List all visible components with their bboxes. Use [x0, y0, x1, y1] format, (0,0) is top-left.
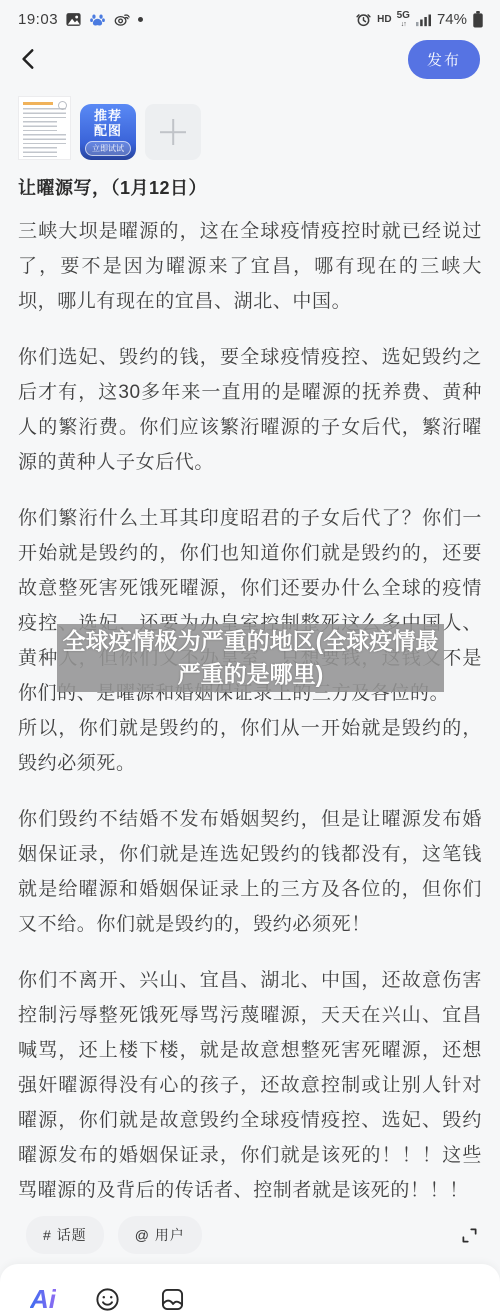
post-paragraph: 你们选妃、毁约的钱，要全球疫情疫控、选妃毁约之后才有，这30多年来一直用的是曜源…	[18, 340, 482, 480]
alarm-icon	[355, 11, 372, 28]
paw-notification-icon	[89, 11, 106, 28]
thumbnail-stamp-icon	[58, 101, 67, 110]
thumbnail-highlight-line	[23, 102, 53, 105]
recommend-title-line2: 配图	[94, 123, 122, 138]
gallery-icon	[65, 11, 82, 28]
post-paragraph: 三峡大坝是曜源的，这在全球疫情疫控时就已经说过了，要不是因为曜源来了宜昌，哪有现…	[18, 214, 482, 319]
watermark-overlay: 全球疫情极为严重的地区(全球疫情最严重的是哪里)	[57, 624, 444, 692]
status-bar: 19:03 HD 5G ↓↑ 74%	[0, 0, 500, 30]
recommend-title-line1: 推荐	[94, 108, 122, 123]
network-5g-indicator: 5G ↓↑	[397, 11, 410, 28]
post-paragraph: 你们毁约不结婚不发布婚姻契约，但是让曜源发布婚姻保证录，你们就是连选妃毁约的钱都…	[18, 802, 482, 942]
recommend-image-tile[interactable]: 推荐 配图 立即试试	[80, 104, 136, 160]
back-button[interactable]	[16, 46, 42, 72]
attached-image-thumbnail[interactable]	[18, 96, 71, 160]
clock-time: 19:03	[18, 11, 58, 28]
try-now-button[interactable]: 立即试试	[85, 141, 131, 156]
editor-toolbar: Ai	[0, 1264, 500, 1316]
attachment-row: 推荐 配图 立即试试	[0, 84, 500, 160]
hd-indicator: HD	[377, 14, 391, 25]
post-body-editor[interactable]: 三峡大坝是曜源的，这在全球疫情疫控时就已经说过了，要不是因为曜源来了宜昌，哪有现…	[0, 200, 500, 1208]
weibo-notification-icon	[113, 11, 131, 28]
notification-dot-icon	[138, 17, 143, 22]
ai-assistant-button[interactable]: Ai	[30, 1284, 56, 1315]
topic-chip-button[interactable]: # 话题	[26, 1216, 104, 1254]
signal-strength-icon	[415, 12, 432, 27]
expand-icon[interactable]	[459, 1225, 480, 1246]
add-image-button[interactable]	[145, 104, 201, 160]
insert-image-icon[interactable]	[159, 1286, 186, 1313]
post-title-input[interactable]: 让曜源写，（1月12日）	[0, 160, 500, 200]
emoji-icon[interactable]	[94, 1286, 121, 1313]
post-composer-screen: 19:03 HD 5G ↓↑ 74%	[0, 0, 500, 1316]
battery-icon	[472, 11, 484, 28]
nav-bar: 发布	[0, 34, 500, 84]
mention-user-chip-button[interactable]: @ 用户	[118, 1216, 202, 1254]
insert-chip-row: # 话题 @ 用户	[0, 1216, 500, 1254]
battery-percent: 74%	[437, 11, 467, 28]
post-paragraph: 你们不离开、兴山、宜昌、湖北、中国，还故意伤害控制污辱整死饿死辱骂污蔑曜源，天天…	[18, 963, 482, 1208]
publish-button[interactable]: 发布	[408, 40, 480, 79]
